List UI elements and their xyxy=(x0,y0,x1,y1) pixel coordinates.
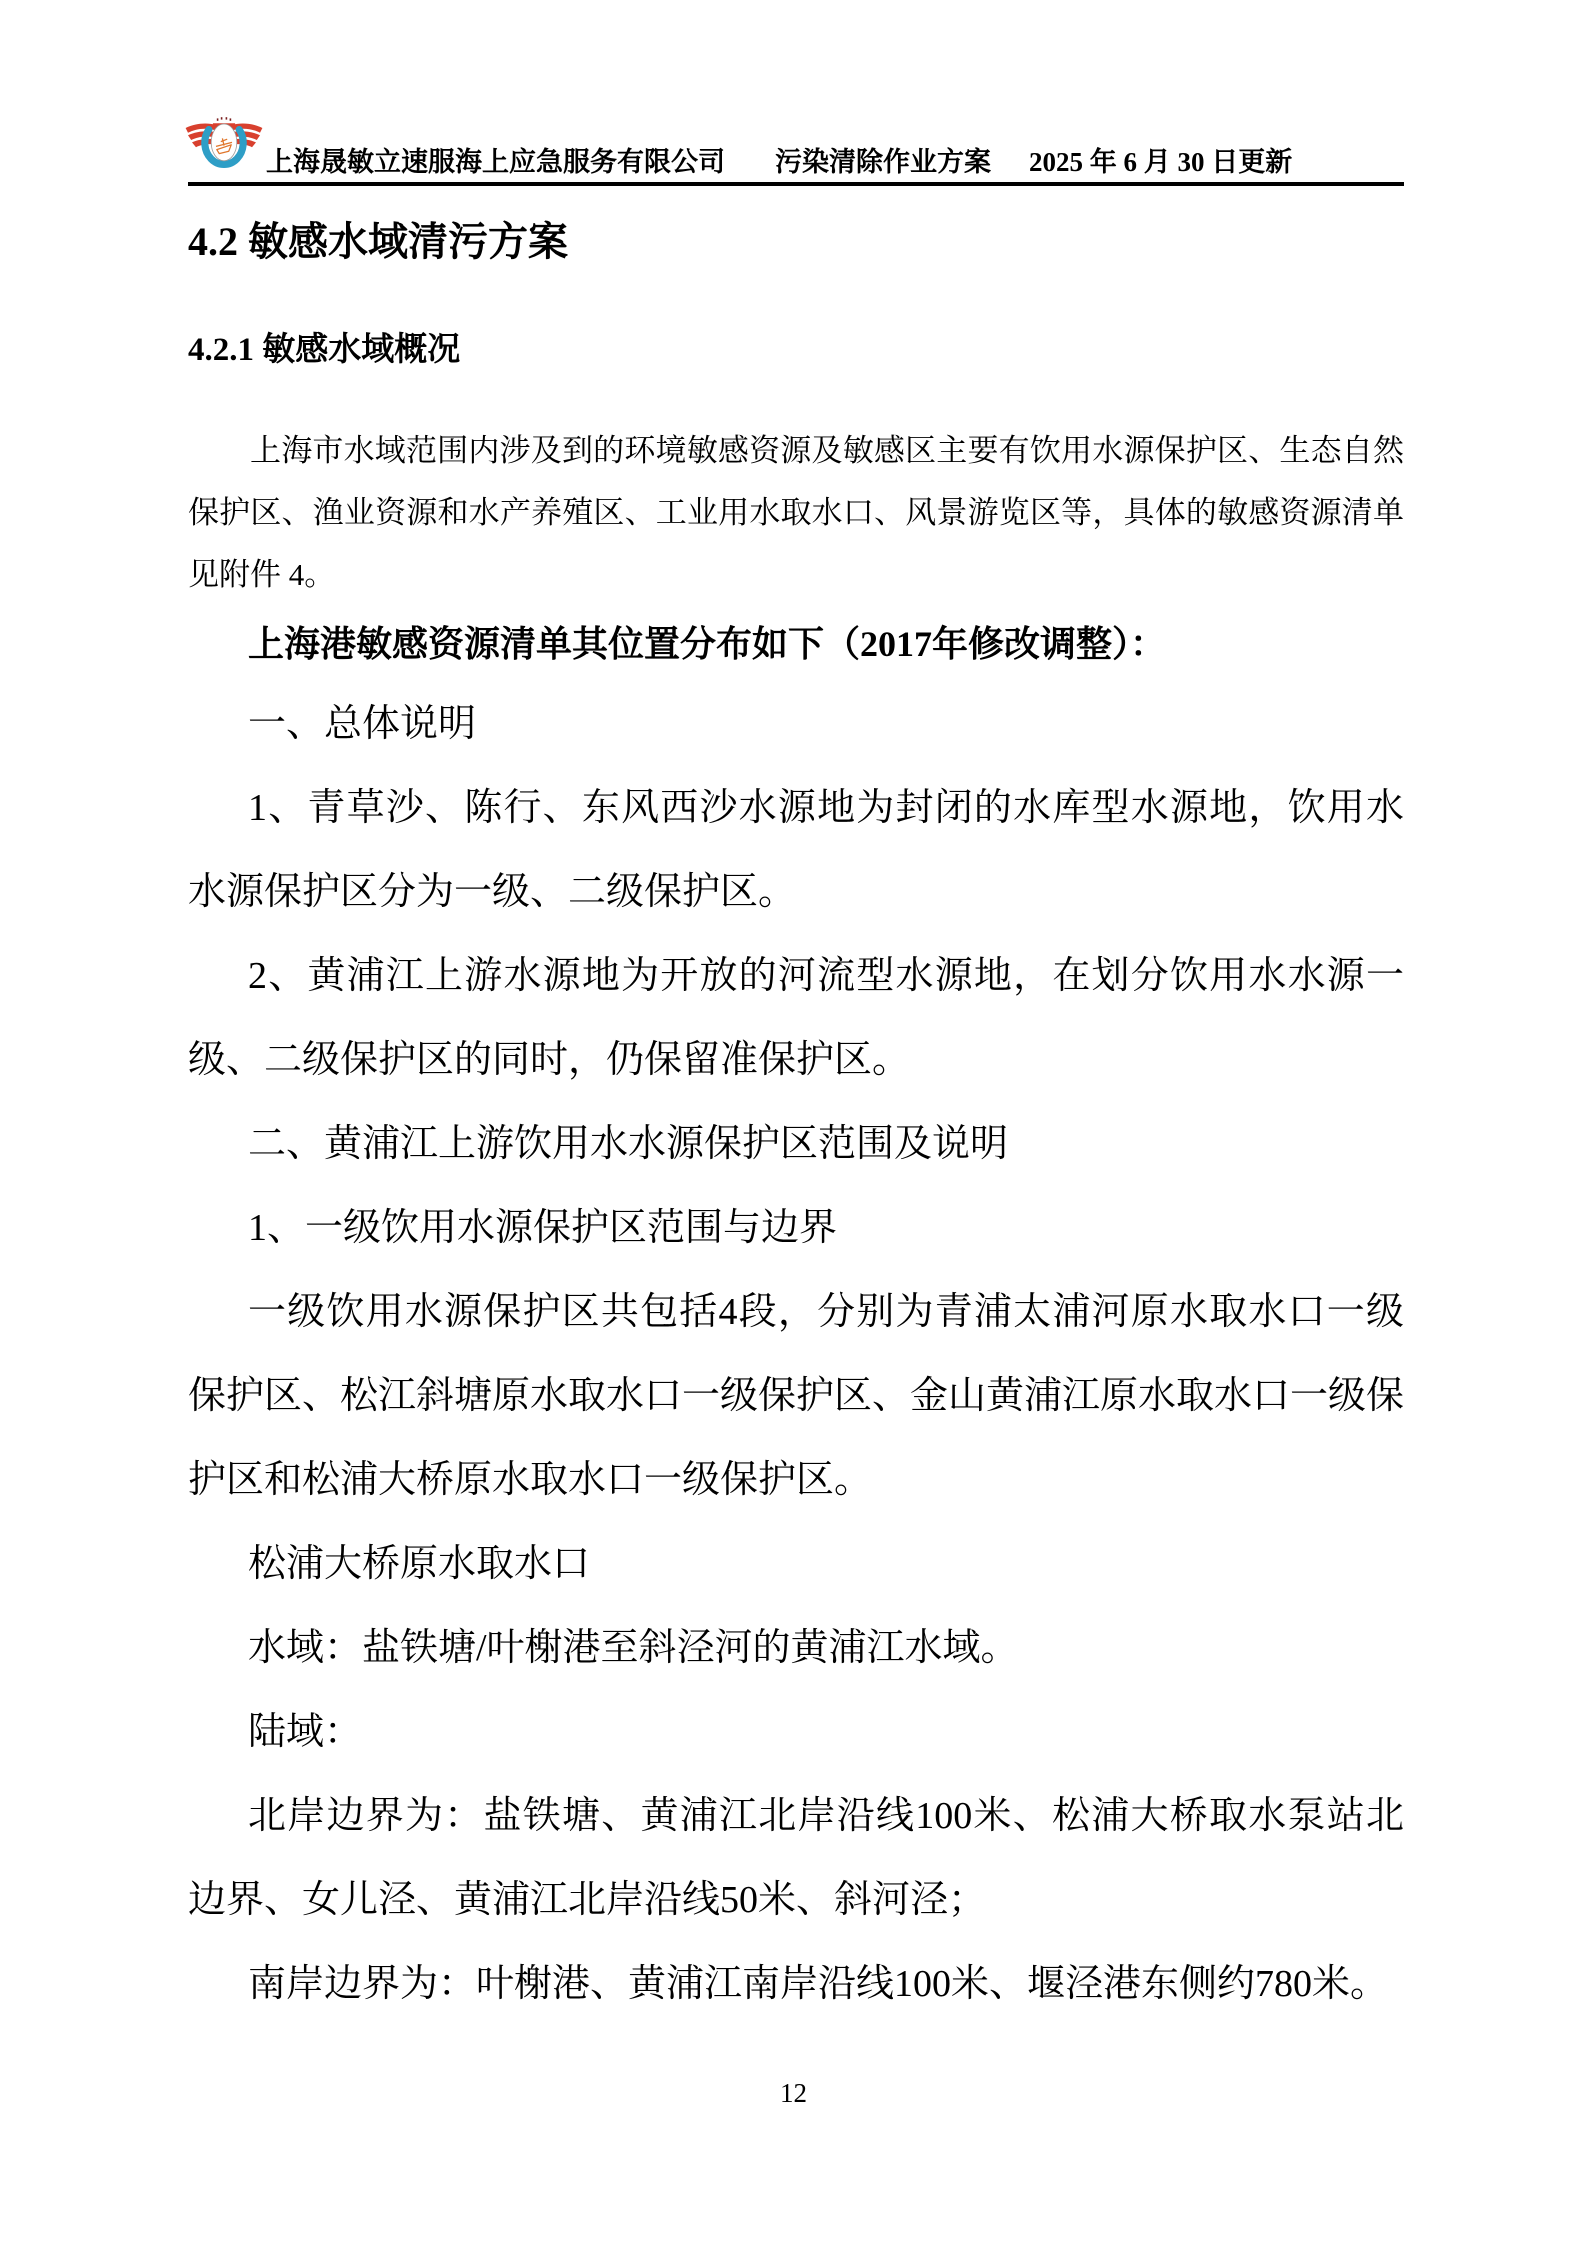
company-logo-icon xyxy=(184,116,264,180)
page-footer: 12 xyxy=(0,2078,1587,2109)
page-header: 上海晟敏立速服海上应急服务有限公司 污染清除作业方案 2025 年 6 月 30… xyxy=(188,0,1404,186)
paragraph: 1、一级饮用水源保护区范围与边界 xyxy=(188,1186,1404,1270)
paragraph: 上海港敏感资源清单其位置分布如下（2017年修改调整）： xyxy=(188,606,1404,682)
paragraph: 上海市水域范围内涉及到的环境敏感资源及敏感区主要有饮用水源保护区、生态自然保护区… xyxy=(188,420,1404,606)
subsection-heading: 4.2.1 敏感水域概况 xyxy=(188,330,1404,370)
paragraph: 水域：盐铁塘/叶榭港至斜泾河的黄浦江水域。 xyxy=(188,1606,1404,1690)
document-page: 上海晟敏立速服海上应急服务有限公司 污染清除作业方案 2025 年 6 月 30… xyxy=(0,0,1587,2245)
section-heading: 4.2 敏感水域清污方案 xyxy=(188,218,1404,266)
paragraph: 北岸边界为：盐铁塘、黄浦江北岸沿线100米、松浦大桥取水泵站北边界、女儿泾、黄浦… xyxy=(188,1774,1404,1942)
paragraph: 一、总体说明 xyxy=(188,682,1404,766)
page-number: 12 xyxy=(780,2078,807,2108)
paragraph: 一级饮用水源保护区共包括4段，分别为青浦太浦河原水取水口一级保护区、松江斜塘原水… xyxy=(188,1270,1404,1522)
paragraph: 陆域： xyxy=(188,1690,1404,1774)
header-doc-title: 污染清除作业方案 xyxy=(775,146,991,178)
paragraphs-container: 上海市水域范围内涉及到的环境敏感资源及敏感区主要有饮用水源保护区、生态自然保护区… xyxy=(188,420,1404,2026)
paragraph: 2、黄浦江上游水源地为开放的河流型水源地，在划分饮用水水源一级、二级保护区的同时… xyxy=(188,934,1404,1102)
header-company-name: 上海晟敏立速服海上应急服务有限公司 xyxy=(266,146,725,178)
paragraph: 南岸边界为：叶榭港、黄浦江南岸沿线100米、堰泾港东侧约780米。 xyxy=(188,1942,1404,2026)
document-body: 4.2 敏感水域清污方案 4.2.1 敏感水域概况 上海市水域范围内涉及到的环境… xyxy=(188,190,1404,2026)
logo-top-marks xyxy=(217,117,231,121)
paragraph: 1、青草沙、陈行、东风西沙水源地为封闭的水库型水源地，饮用水水源保护区分为一级、… xyxy=(188,766,1404,934)
paragraph: 松浦大桥原水取水口 xyxy=(188,1522,1404,1606)
paragraph: 二、黄浦江上游饮用水水源保护区范围及说明 xyxy=(188,1102,1404,1186)
header-updated-date: 2025 年 6 月 30 日更新 xyxy=(1029,146,1292,178)
